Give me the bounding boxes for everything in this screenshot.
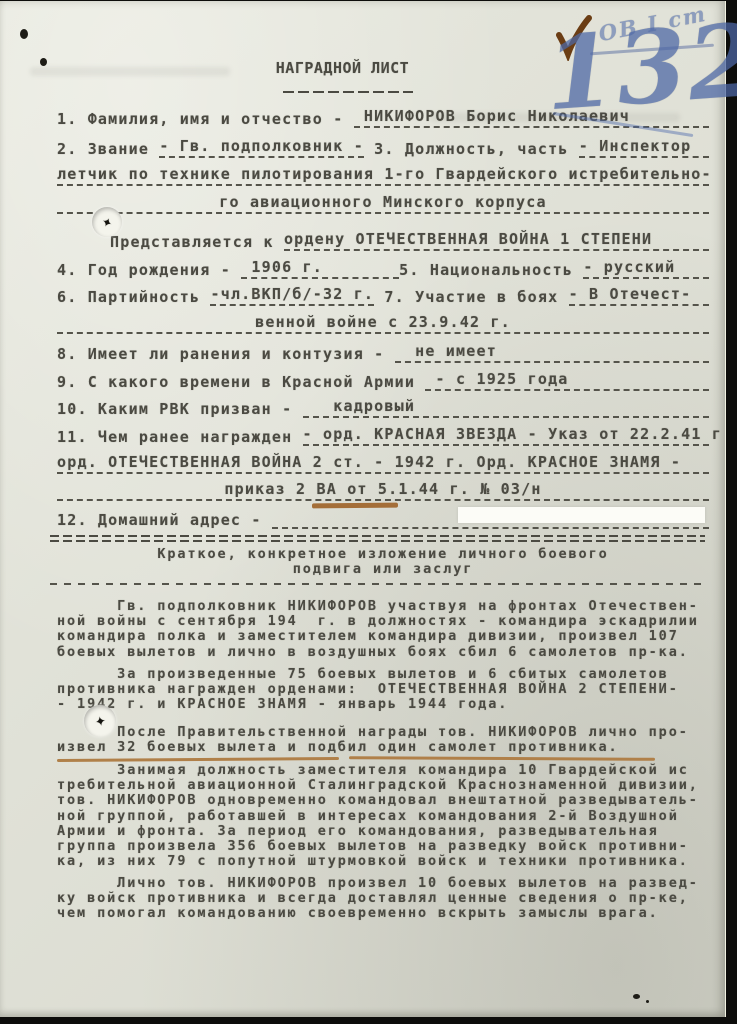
field-wounds: 8. Имеет ли ранения и контузия - не имее…: [57, 342, 709, 363]
field-combat-label: 7. Участие в боях: [374, 288, 568, 306]
scanned-page: НАГРАДНОЙ ЛИСТ 1. Фамилия, имя и отчеств…: [0, 0, 737, 1024]
field-prior-awards-label: 11. Чем ранее награжден: [57, 428, 303, 446]
summary-paragraph-3: После Правительственной награды тов. НИК…: [57, 725, 709, 755]
summary-paragraph-5: Лично тов. НИКИФОРОВ произвел 10 боевых …: [57, 876, 709, 922]
field-prior-awards: 11. Чем ранее награжден - орд. КРАСНАЯ З…: [57, 425, 709, 446]
field-drafted-by-value: кадровый: [303, 397, 709, 418]
field-prior-awards-cont1-text: орд. ОТЕЧЕСТВЕННАЯ ВОЙНА 2 ст. - 1942 г.…: [57, 453, 709, 474]
paragraph-line: За произведенные 75 боевых вылетов и 6 с…: [57, 667, 709, 682]
field-prior-awards-cont2-text: приказ 2 ВА от 5.1.44 г. № 03/н: [57, 480, 709, 501]
paragraph-line: чем помогал командованию своевременно вс…: [57, 906, 709, 921]
registry-number: 132: [542, 10, 737, 125]
paragraph-line: извел 32 боевых вылета и подбил один сам…: [57, 740, 709, 755]
redaction-box: [458, 507, 705, 523]
field-birth-nationality: 4. Год рождения - 1906 г. 5. Национально…: [57, 258, 709, 279]
field-position-label: 3. Должность, часть: [364, 140, 579, 158]
field-position-cont1-text: летчик по технике пилотирования 1-го Гва…: [57, 165, 709, 186]
presented-award-value: ордену ОТЕЧЕСТВЕННАЯ ВОЙНА 1 СТЕПЕНИ: [284, 230, 709, 251]
field-army-since-value: - с 1925 года: [425, 370, 709, 391]
double-dashed-divider: [50, 535, 705, 542]
field-combat-cont: венной войне с 23.9.42 г.: [57, 313, 709, 334]
paragraph-line: командира полка и заместителем командира…: [57, 629, 709, 644]
summary-paragraph-4: Занимая должность заместителя командира …: [57, 763, 709, 869]
field-party-label: 6. Партийность: [57, 288, 210, 306]
field-wounds-value: не имеет: [395, 342, 709, 363]
field-combat-value: - В Отечест-: [569, 285, 709, 306]
summary-heading-line2: подвига или заслуг: [57, 561, 709, 577]
field-birth-year-value: 1906 г.: [241, 258, 399, 279]
ink-blot-icon: ✦: [99, 212, 115, 232]
field-rank-position: 2. Звание - Гв. подполковник - 3. Должно…: [57, 137, 709, 158]
field-rank-label: 2. Звание: [57, 140, 159, 158]
ink-blot-icon: ✦: [93, 711, 107, 731]
field-drafted-by: 10. Каким РВК призван - кадровый: [57, 397, 709, 418]
field-prior-awards-cont1: орд. ОТЕЧЕСТВЕННАЯ ВОЙНА 2 ст. - 1942 г.…: [57, 453, 709, 474]
field-position-cont1: летчик по технике пилотирования 1-го Гва…: [57, 165, 709, 186]
crayon-underline-damaged-plane: [349, 756, 655, 761]
field-position-cont2: го авиационного Минского корпуса: [57, 193, 709, 214]
field-party-value: -чл.ВКП/б/-32 г.: [210, 285, 374, 306]
paragraph-line: ной войны с сентября 194 г. в должностях…: [57, 614, 709, 629]
paragraph-line: ка, из них 79 с попутной штурмовкой войс…: [57, 854, 709, 869]
paper-speck: [20, 29, 28, 39]
paragraph-line: Гв. подполковник НИКИФОРОВ участвуя на ф…: [57, 599, 709, 614]
paper-speck: [40, 58, 47, 66]
field-nationality-label: 5. Национальность: [399, 261, 583, 279]
presented-label: Представляется к: [110, 233, 284, 251]
summary-paragraph-2: За произведенные 75 боевых вылетов и 6 с…: [57, 667, 709, 713]
field-home-address-value: [272, 526, 709, 529]
field-nationality-value: - русский: [583, 258, 709, 279]
field-name-label: 1. Фамилия, имя и отчество -: [57, 110, 354, 128]
paragraph-line: После Правительственной награды тов. НИК…: [57, 725, 709, 740]
punch-hole: ✦: [84, 705, 116, 737]
field-prior-awards-value: - орд. КРАСНАЯ ЗВЕЗДА - Указ от 22.2.41 …: [303, 425, 709, 446]
paragraph-line: боевых вылетов и лично в воздушных боях …: [57, 645, 709, 660]
paragraph-line: группа произвела 356 боевых вылетов на р…: [57, 839, 709, 854]
award-sheet-document: НАГРАДНОЙ ЛИСТ 1. Фамилия, имя и отчеств…: [0, 1, 726, 1017]
field-position-cont2-text: го авиационного Минского корпуса: [57, 193, 709, 214]
title-underline: [283, 91, 413, 93]
paragraph-line: Армии и фронта. За период его командован…: [57, 824, 709, 839]
paper-speck: [646, 1000, 649, 1003]
field-drafted-by-label: 10. Каким РВК призван -: [57, 400, 303, 418]
paragraph-line: - 1942 г. и КРАСНОЕ ЗНАМЯ - январь 1944 …: [57, 697, 709, 712]
paragraph-line: тов. НИКИФОРОВ одновременно командовал в…: [57, 793, 709, 808]
field-home-address-label: 12. Домашний адрес -: [57, 511, 272, 529]
field-army-since: 9. С какого времени в Красной Армии - с …: [57, 370, 709, 391]
summary-paragraph-1: Гв. подполковник НИКИФОРОВ участвуя на ф…: [57, 599, 709, 660]
field-rank-value: - Гв. подполковник -: [159, 137, 364, 158]
field-birth-year-label: 4. Год рождения -: [57, 261, 241, 279]
field-combat-cont-text: венной войне с 23.9.42 г.: [57, 313, 709, 334]
paragraph-line: ной группой, работавшей в интересах кома…: [57, 809, 709, 824]
punch-hole: ✦: [92, 207, 122, 237]
field-army-since-label: 9. С какого времени в Красной Армии: [57, 373, 425, 391]
paper-speck: [633, 994, 640, 999]
field-presented-award: Представляется к ордену ОТЕЧЕСТВЕННАЯ ВО…: [110, 230, 709, 251]
paragraph-line: Лично тов. НИКИФОРОВ произвел 10 боевых …: [57, 876, 709, 891]
field-wounds-label: 8. Имеет ли ранения и контузия -: [57, 345, 395, 363]
field-position-value: - Инспектор: [579, 137, 709, 158]
paragraph-line: противника награжден орденами: ОТЕЧЕСТВЕ…: [57, 682, 709, 697]
summary-heading-line1: Краткое, конкретное изложение личного бо…: [57, 546, 709, 562]
field-party-combat: 6. Партийность -чл.ВКП/б/-32 г. 7. Участ…: [57, 285, 709, 306]
paragraph-line: Занимая должность заместителя командира …: [57, 763, 709, 778]
field-prior-awards-cont2: приказ 2 ВА от 5.1.44 г. № 03/н: [57, 480, 709, 501]
paragraph-line: ку войск противника и всегда доставлял ц…: [57, 891, 709, 906]
dashed-divider: [50, 583, 705, 585]
